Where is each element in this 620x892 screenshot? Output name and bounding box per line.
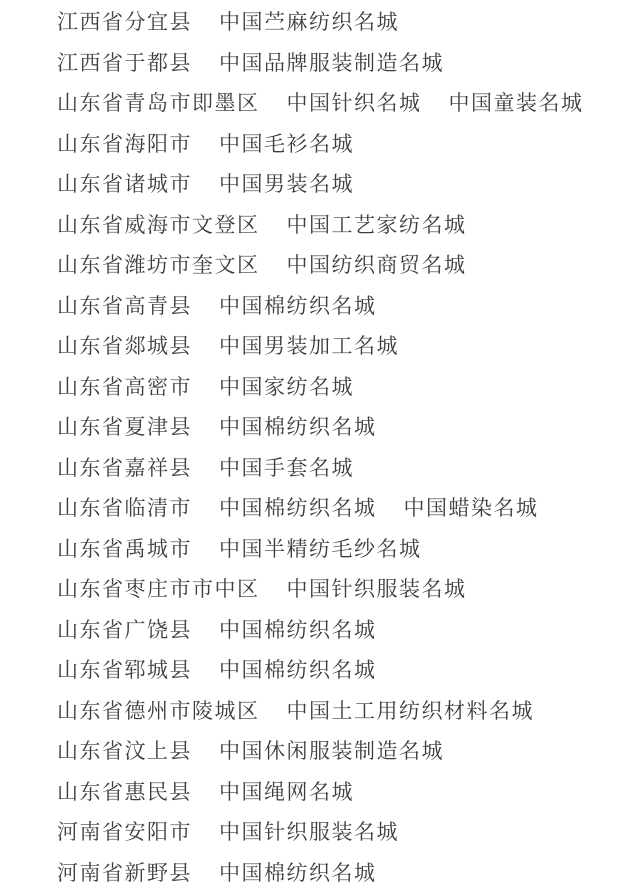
city-title-text: 中国纺织商贸名城: [287, 249, 467, 279]
location-text: 山东省海阳市: [57, 128, 192, 158]
location-text: 山东省高青县: [57, 290, 192, 320]
list-row: 山东省威海市文登区 中国工艺家纺名城: [0, 204, 620, 245]
city-title-text: 中国棉纺织名城: [219, 290, 377, 320]
city-title-text: 中国童装名城: [449, 87, 584, 117]
city-title-text: 中国毛衫名城: [219, 128, 354, 158]
location-text: 河南省新野县: [57, 857, 192, 887]
list-row: 山东省高密市 中国家纺名城: [0, 366, 620, 407]
location-text: 山东省嘉祥县: [57, 452, 192, 482]
location-text: 江西省于都县: [57, 47, 192, 77]
city-title-text: 中国家纺名城: [219, 371, 354, 401]
city-title-text: 中国苎麻纺织名城: [219, 6, 399, 36]
city-title-text: 中国棉纺织名城: [219, 411, 377, 441]
list-row: 山东省夏津县 中国棉纺织名城: [0, 406, 620, 447]
city-title-text: 中国棉纺织名城: [219, 614, 377, 644]
list-row: 山东省郓城县 中国棉纺织名城: [0, 649, 620, 690]
location-text: 山东省汶上县: [57, 735, 192, 765]
city-title-text: 中国针织服装名城: [219, 816, 399, 846]
list-row: 山东省临清市 中国棉纺织名城 中国蜡染名城: [0, 487, 620, 528]
list-row: 山东省禹城市 中国半精纺毛纱名城: [0, 528, 620, 569]
city-title-text: 中国绳网名城: [219, 776, 354, 806]
location-text: 山东省郯城县: [57, 330, 192, 360]
location-text: 山东省高密市: [57, 371, 192, 401]
city-title-text: 中国手套名城: [219, 452, 354, 482]
city-title-text: 中国针织服装名城: [287, 573, 467, 603]
location-text: 山东省潍坊市奎文区: [57, 249, 260, 279]
city-title-text: 中国品牌服装制造名城: [219, 47, 444, 77]
location-text: 山东省夏津县: [57, 411, 192, 441]
list-row: 山东省高青县 中国棉纺织名城: [0, 285, 620, 326]
location-text: 山东省威海市文登区: [57, 209, 260, 239]
location-text: 山东省枣庄市市中区: [57, 573, 260, 603]
list-row: 山东省青岛市即墨区 中国针织名城 中国童装名城: [0, 82, 620, 123]
location-text: 山东省诸城市: [57, 168, 192, 198]
list-row: 山东省广饶县 中国棉纺织名城: [0, 609, 620, 650]
list-row: 山东省德州市陵城区 中国土工用纺织材料名城: [0, 690, 620, 731]
list-row: 江西省于都县 中国品牌服装制造名城: [0, 42, 620, 83]
list-row: 山东省嘉祥县 中国手套名城: [0, 447, 620, 488]
location-text: 山东省广饶县: [57, 614, 192, 644]
list-row: 江西省分宜县 中国苎麻纺织名城: [0, 1, 620, 42]
list-row: 河南省安阳市 中国针织服装名城: [0, 811, 620, 852]
city-title-text: 中国男装加工名城: [219, 330, 399, 360]
city-title-text: 中国针织名城: [287, 87, 422, 117]
location-text: 山东省临清市: [57, 492, 192, 522]
location-text: 山东省青岛市即墨区: [57, 87, 260, 117]
location-text: 江西省分宜县: [57, 6, 192, 36]
city-title-text: 中国蜡染名城: [404, 492, 539, 522]
list-row: 山东省郯城县 中国男装加工名城: [0, 325, 620, 366]
list-row: 山东省惠民县 中国绳网名城: [0, 771, 620, 812]
location-text: 山东省惠民县: [57, 776, 192, 806]
city-title-text: 中国棉纺织名城: [219, 654, 377, 684]
list-row: 山东省汶上县 中国休闲服装制造名城: [0, 730, 620, 771]
list-row: 山东省潍坊市奎文区 中国纺织商贸名城: [0, 244, 620, 285]
list-row: 河南省新野县 中国棉纺织名城: [0, 852, 620, 892]
location-text: 河南省安阳市: [57, 816, 192, 846]
location-text: 山东省郓城县: [57, 654, 192, 684]
city-title-text: 中国土工用纺织材料名城: [287, 695, 535, 725]
list-row: 山东省诸城市 中国男装名城: [0, 163, 620, 204]
city-title-text: 中国棉纺织名城: [219, 857, 377, 887]
city-title-text: 中国休闲服装制造名城: [219, 735, 444, 765]
city-title-text: 中国棉纺织名城: [219, 492, 377, 522]
city-title-text: 中国男装名城: [219, 168, 354, 198]
city-title-text: 中国工艺家纺名城: [287, 209, 467, 239]
location-text: 山东省德州市陵城区: [57, 695, 260, 725]
location-text: 山东省禹城市: [57, 533, 192, 563]
document-page: 江西省分宜县 中国苎麻纺织名城 江西省于都县 中国品牌服装制造名城 山东省青岛市…: [0, 0, 620, 892]
city-title-text: 中国半精纺毛纱名城: [219, 533, 422, 563]
list-row: 山东省海阳市 中国毛衫名城: [0, 123, 620, 164]
list-row: 山东省枣庄市市中区 中国针织服装名城: [0, 568, 620, 609]
